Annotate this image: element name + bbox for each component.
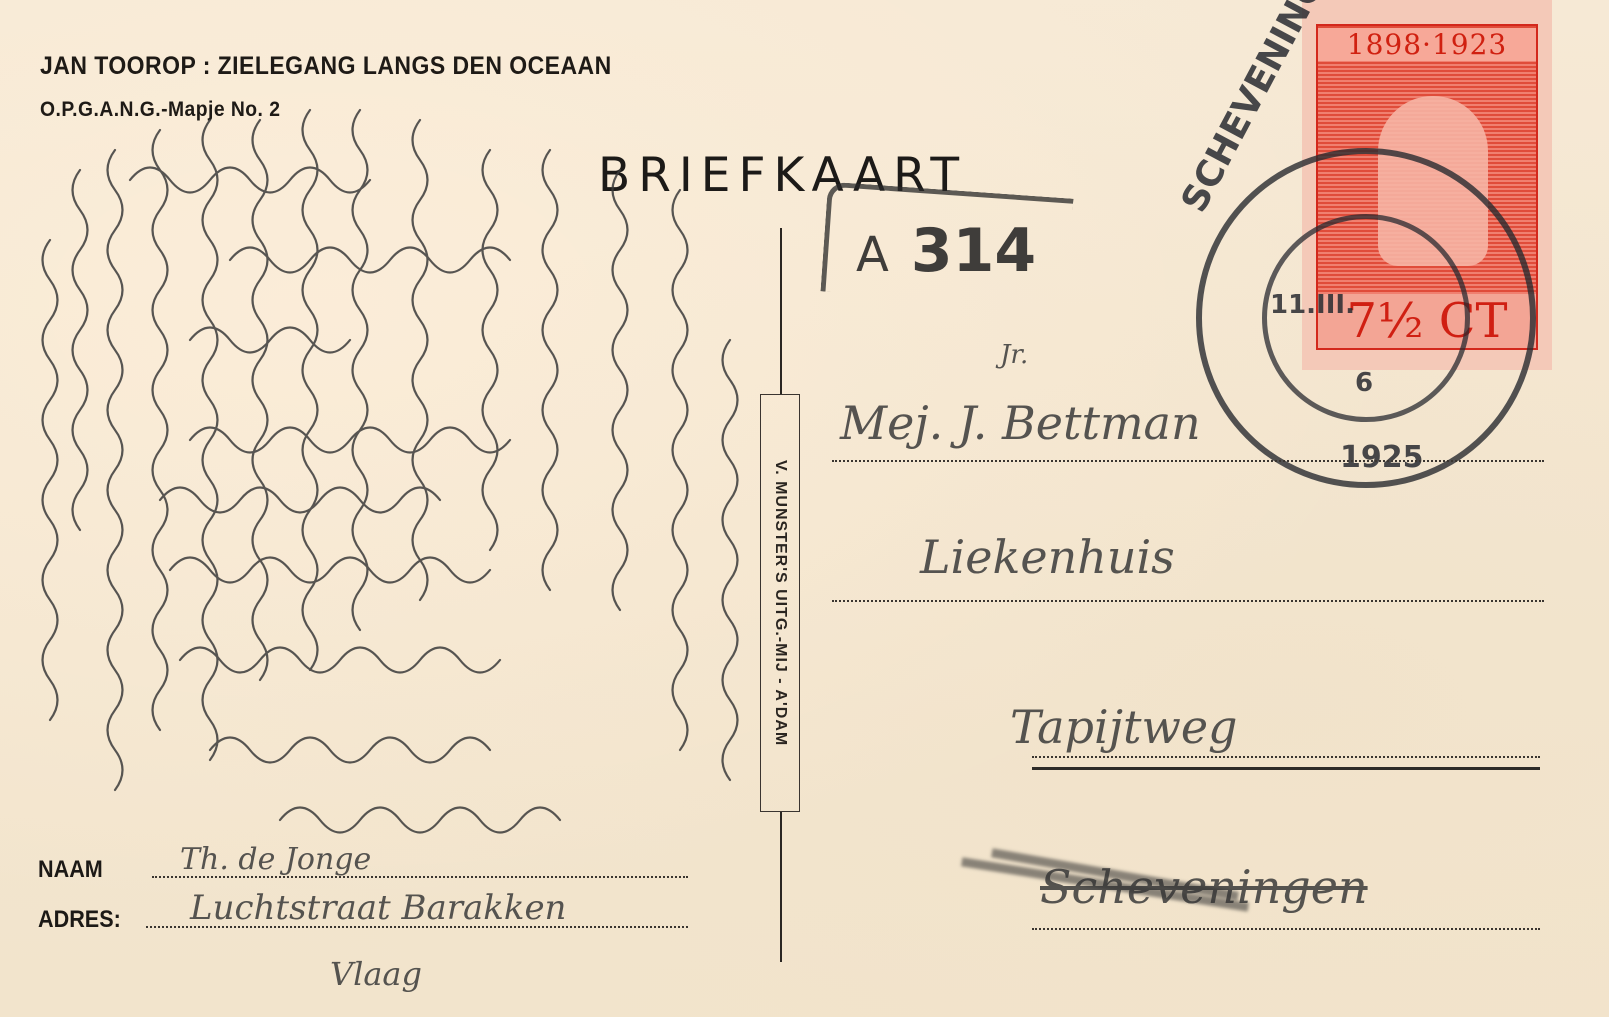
postcard: JAN TOOROP : ZIELEGANG LANGS DEN OCEAAN … xyxy=(0,0,1609,1017)
divider-bottom xyxy=(780,812,782,962)
address-underline xyxy=(1032,767,1540,770)
cancel-number: 314 xyxy=(911,216,1036,286)
postmark-year: 1925 xyxy=(1340,440,1424,475)
cancel-mark: A314 xyxy=(856,216,1036,286)
recipient-name: Mej. J. Bettman xyxy=(840,396,1201,450)
recipient-line2: Liekenhuis xyxy=(920,530,1175,584)
publisher-text: V. MUNSTER'S UITG.-MIJ - A'DAM xyxy=(771,460,789,746)
address-line-1 xyxy=(832,460,1544,462)
address-value: Luchtstraat Barakken xyxy=(190,888,566,928)
address-line-4 xyxy=(1032,928,1540,930)
address-line-2 xyxy=(832,600,1544,602)
recipient-prefix: Jr. xyxy=(1000,340,1028,370)
address-label: ADRES: xyxy=(38,906,121,934)
name-label: NAAM xyxy=(38,856,103,884)
stamp-years: 1898·1923 xyxy=(1318,28,1536,61)
postmark-date: 11.III. xyxy=(1270,290,1355,320)
heading-title: JAN TOOROP : ZIELEGANG LANGS DEN OCEAAN xyxy=(40,52,612,81)
address-extra: Vlaag xyxy=(330,955,422,993)
recipient-line3: Tapijtweg xyxy=(1010,700,1237,754)
divider-top xyxy=(780,228,782,394)
cancel-letter: A xyxy=(856,227,889,283)
publisher-box: V. MUNSTER'S UITG.-MIJ - A'DAM xyxy=(760,394,800,812)
address-line-3 xyxy=(1032,756,1540,758)
postmark-hour: 6 xyxy=(1355,368,1373,398)
name-value: Th. de Jonge xyxy=(180,842,371,877)
handwritten-message xyxy=(20,90,780,850)
